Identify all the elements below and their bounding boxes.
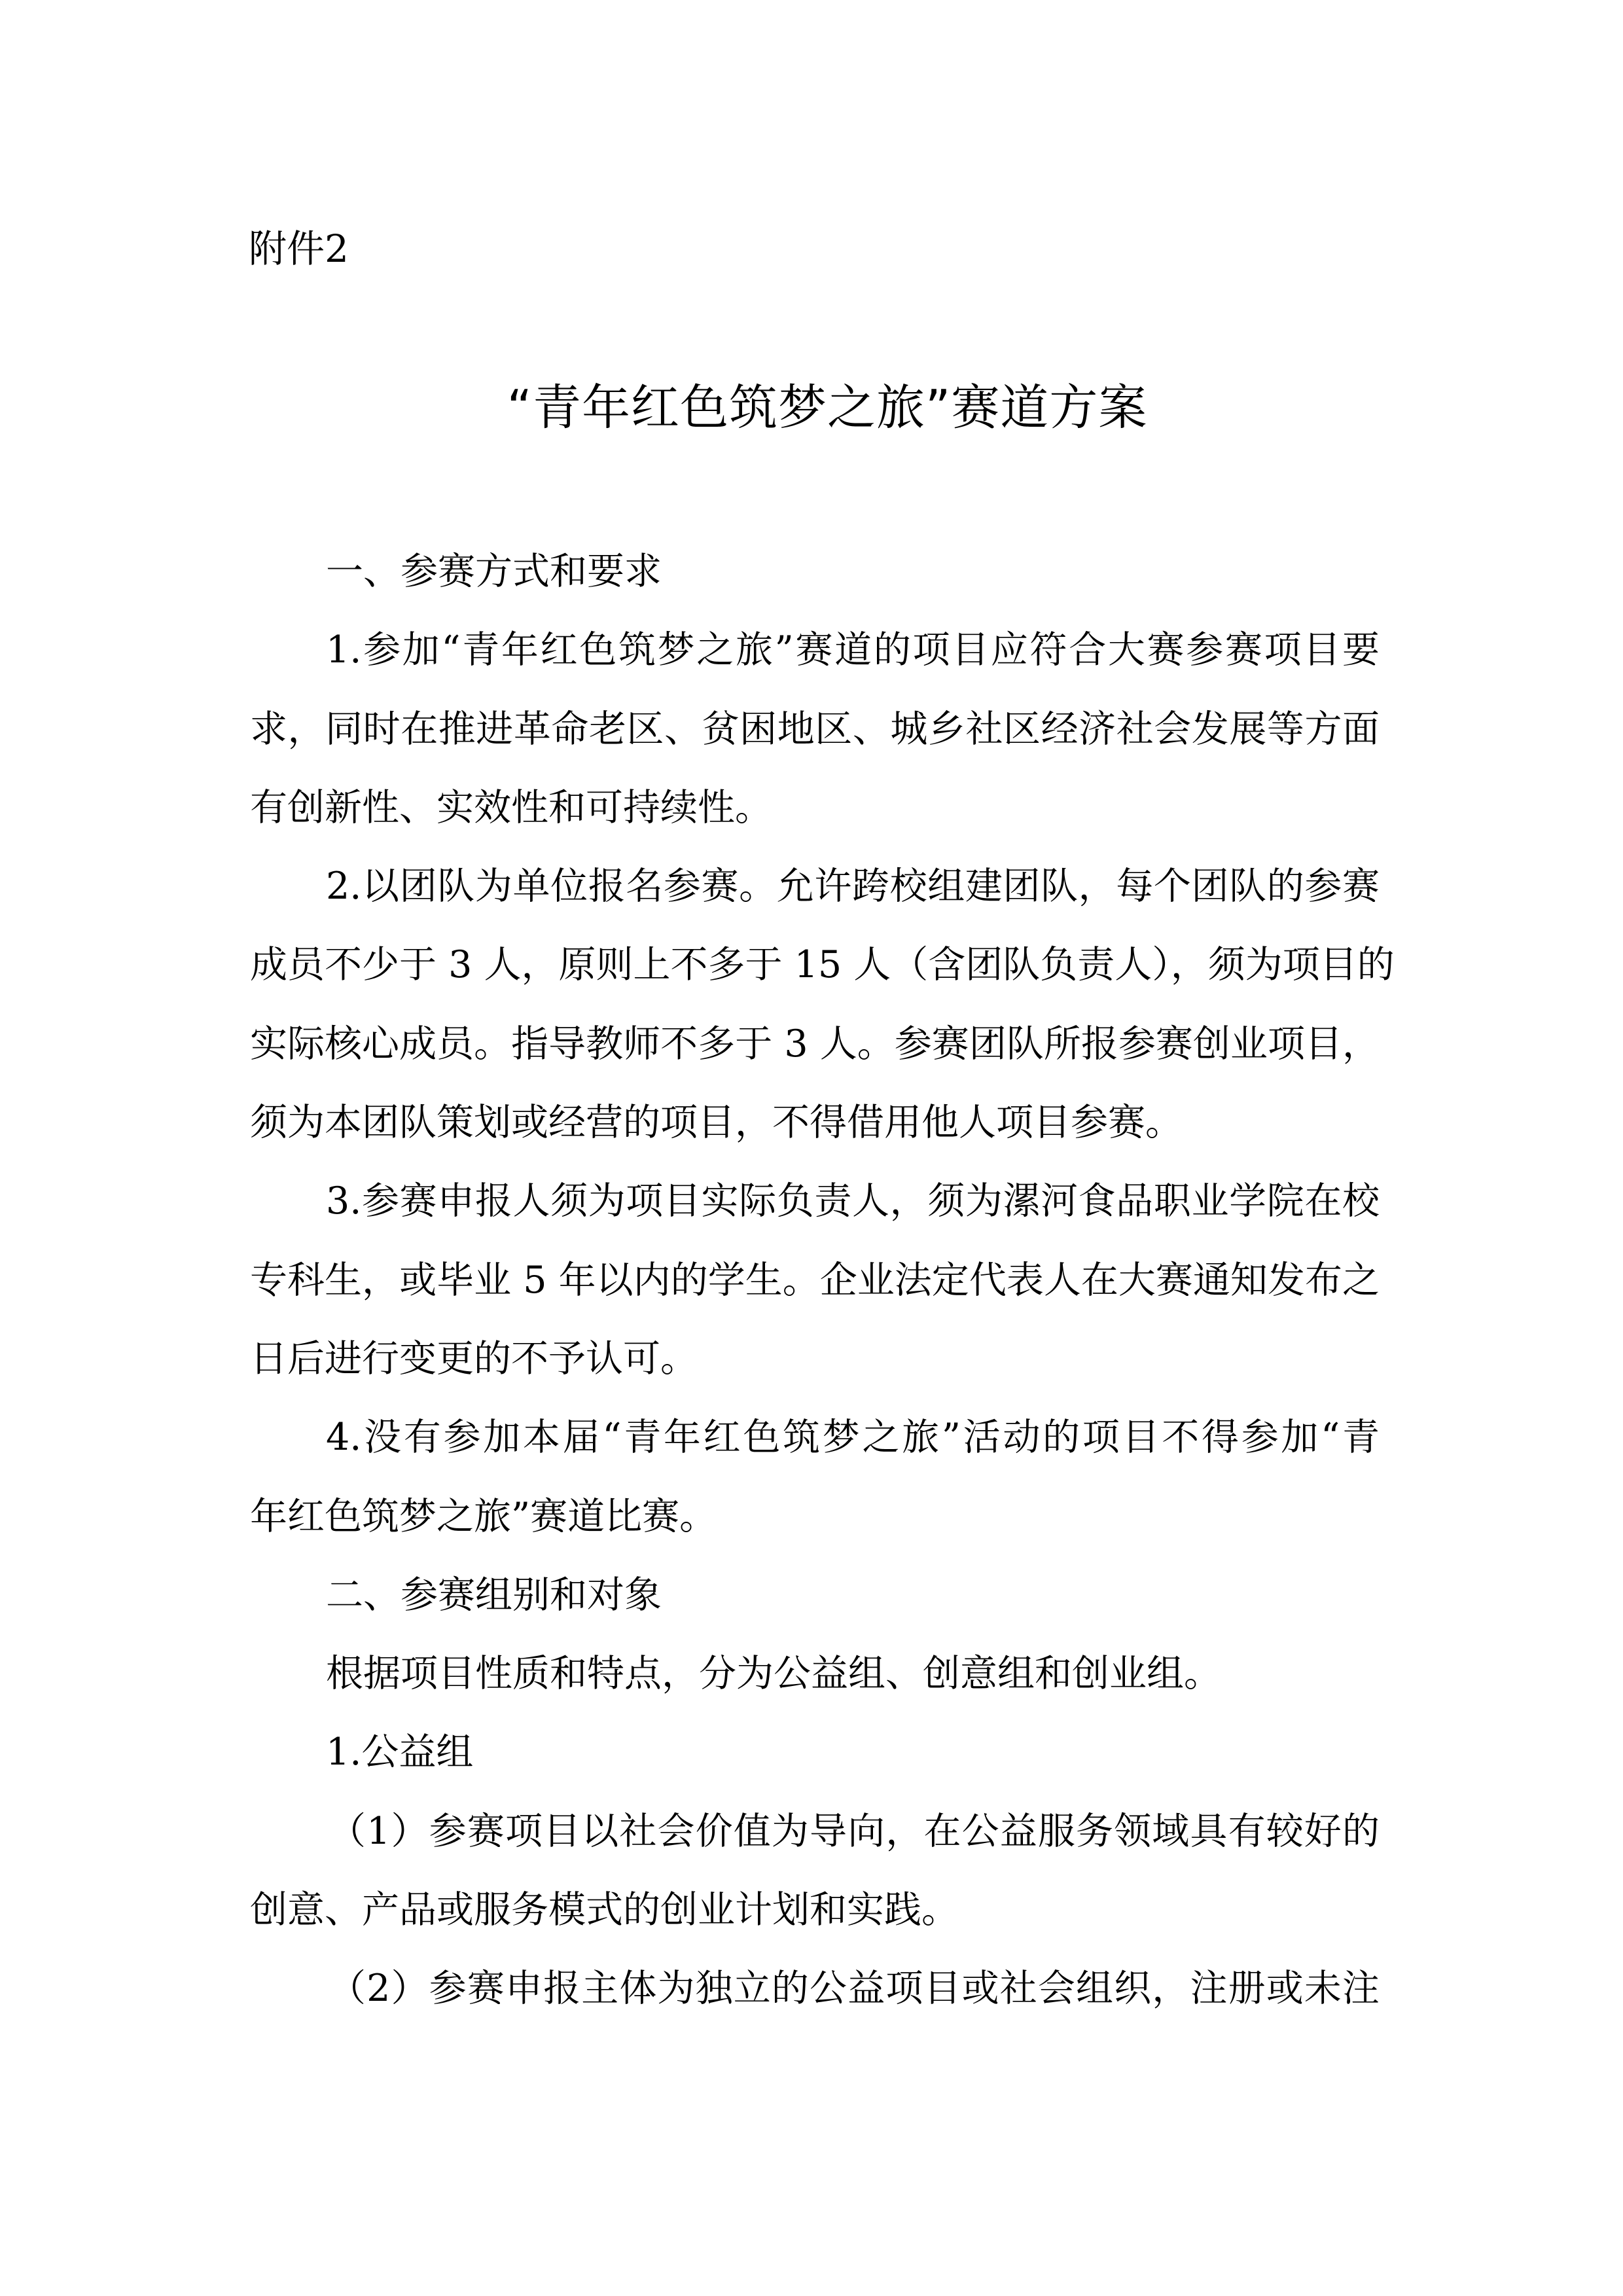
document-title: “青年红色筑梦之旅”赛道方案 [0, 380, 1623, 436]
paragraph-line: （1）参赛项目以社会价值为导向，在公益服务领域具有较好的 [250, 1792, 1380, 1871]
section-heading: 一、参赛方式和要求 [250, 532, 1380, 611]
paragraph-line: 实际核心成员。指导教师不多于 3 人。参赛团队所报参赛创业项目， [250, 1005, 1380, 1083]
paragraph-line: （2）参赛申报主体为独立的公益项目或社会组织，注册或未注 [250, 1949, 1380, 2028]
paragraph-line: 成员不少于 3 人，原则上不多于 15 人（含团队负责人），须为项目的 [250, 925, 1380, 1004]
paragraph-line: 专科生，或毕业 5 年以内的学生。企业法定代表人在大赛通知发布之 [250, 1241, 1380, 1319]
section-heading: 二、参赛组别和对象 [250, 1556, 1380, 1634]
paragraph-line: 须为本团队策划或经营的项目，不得借用他人项目参赛。 [250, 1083, 1380, 1162]
paragraph-line: 1.参加“青年红色筑梦之旅”赛道的项目应符合大赛参赛项目要 [250, 611, 1380, 689]
paragraph-line: 创意、产品或服务模式的创业计划和实践。 [250, 1871, 1380, 1949]
document-body: 一、参赛方式和要求 1.参加“青年红色筑梦之旅”赛道的项目应符合大赛参赛项目要 … [250, 532, 1380, 2028]
paragraph-line: 4.没有参加本届“青年红色筑梦之旅”活动的项目不得参加“青 [250, 1398, 1380, 1477]
paragraph-line: 3.参赛申报人须为项目实际负责人，须为漯河食品职业学院在校 [250, 1162, 1380, 1240]
paragraph-line: 年红色筑梦之旅”赛道比赛。 [250, 1477, 1380, 1556]
paragraph-line: 有创新性、实效性和可持续性。 [250, 768, 1380, 847]
paragraph-line: 根据项目性质和特点，分为公益组、创意组和创业组。 [250, 1634, 1380, 1713]
paragraph-line: 求，同时在推进革命老区、贫困地区、城乡社区经济社会发展等方面 [250, 690, 1380, 768]
paragraph-line: 日后进行变更的不予认可。 [250, 1319, 1380, 1398]
paragraph-line: 2.以团队为单位报名参赛。允许跨校组建团队，每个团队的参赛 [250, 847, 1380, 925]
subsection-heading: 1.公益组 [250, 1713, 1380, 1791]
document-page: 附件2 “青年红色筑梦之旅”赛道方案 一、参赛方式和要求 1.参加“青年红色筑梦… [0, 0, 1623, 2296]
attachment-label: 附件2 [249, 227, 349, 270]
